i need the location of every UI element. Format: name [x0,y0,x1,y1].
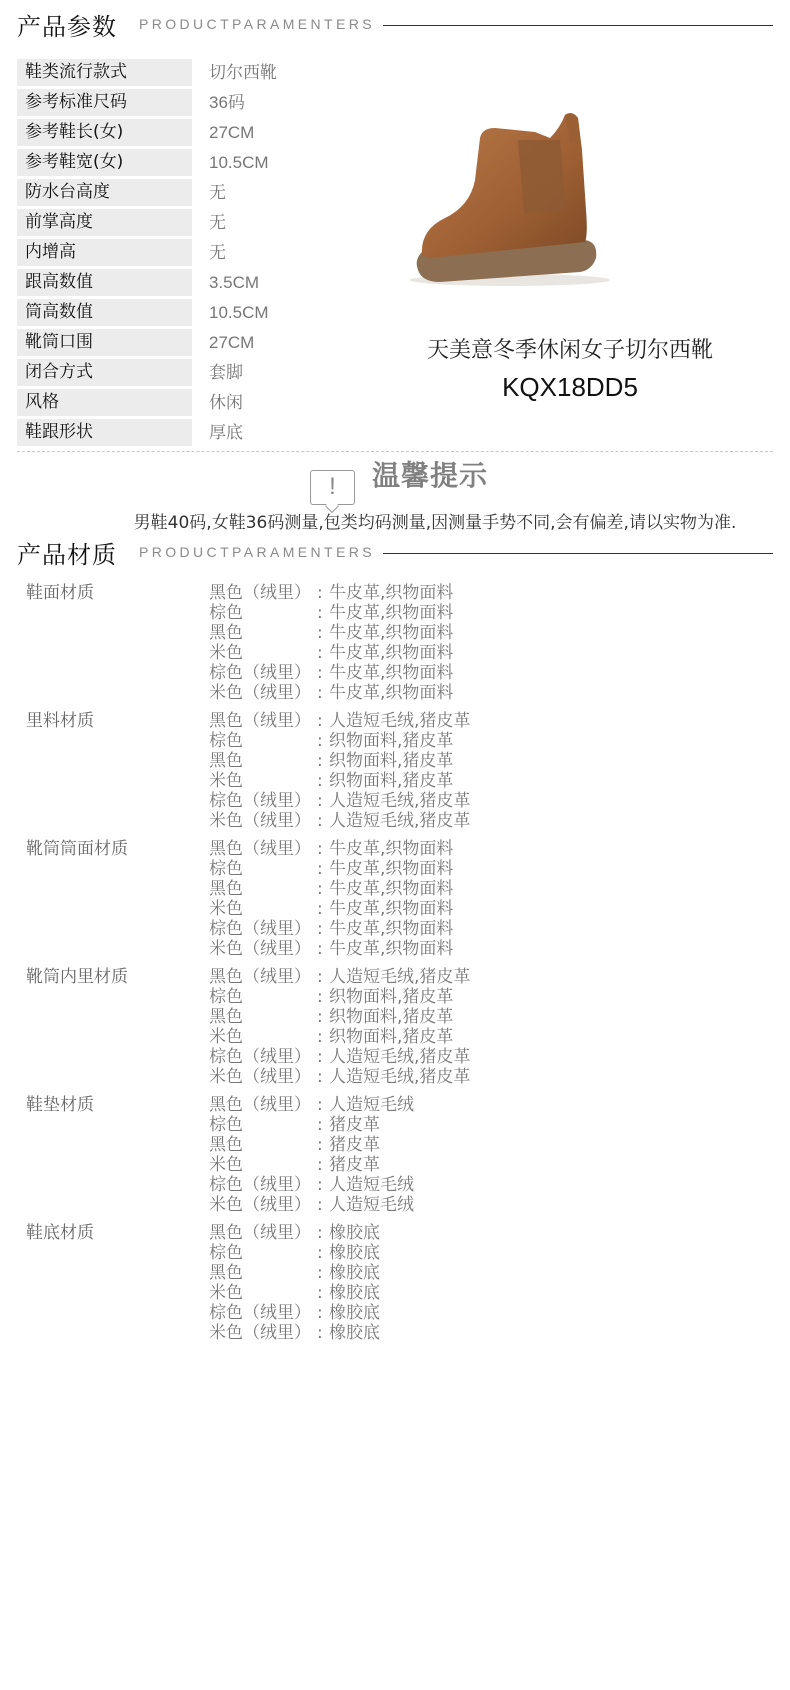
separator: : [317,987,329,1007]
material-color: 米色（绒里） [209,1195,317,1215]
material-color: 棕色（绒里） [209,791,317,811]
param-label: 跟高数值 [17,269,192,296]
section-title: 产品参数 [17,7,117,42]
separator: : [317,731,329,751]
material-line: 棕色:牛皮革,织物面料 [209,603,453,623]
separator: : [317,879,329,899]
param-row: 跟高数值3.5CM [17,269,387,299]
material-value: 人造短毛绒 [329,1175,414,1195]
material-line: 米色（绒里）:牛皮革,织物面料 [209,683,453,703]
param-label: 前掌高度 [17,209,192,236]
separator: : [317,899,329,919]
param-row: 筒高数值10.5CM [17,299,387,329]
material-group: 靴筒筒面材质黑色（绒里）:牛皮革,织物面料棕色:牛皮革,织物面料黑色:牛皮革,织… [26,839,726,959]
param-label: 参考标准尺码 [17,89,192,116]
separator: : [317,1243,329,1263]
material-value: 织物面料,猪皮革 [329,771,453,791]
material-line: 米色:牛皮革,织物面料 [209,899,453,919]
material-line: 棕色（绒里）:人造短毛绒,猪皮革 [209,1047,470,1067]
param-label: 鞋跟形状 [17,419,192,446]
separator: : [317,839,329,859]
separator: : [317,1303,329,1323]
material-line: 黑色:牛皮革,织物面料 [209,623,453,643]
param-value: 10.5CM [192,299,269,329]
material-color: 棕色 [209,1115,317,1135]
material-color: 棕色（绒里） [209,663,317,683]
material-line: 黑色（绒里）:橡胶底 [209,1223,380,1243]
separator: : [317,939,329,959]
material-line: 米色:织物面料,猪皮革 [209,1027,470,1047]
material-line: 米色（绒里）:人造短毛绒,猪皮革 [209,811,470,831]
material-line: 米色（绒里）:人造短毛绒 [209,1195,414,1215]
section-header-materials: 产品材质 PRODUCTPARAMENTERS [17,534,773,570]
param-value: 27CM [192,119,254,149]
material-label: 靴筒内里材质 [26,967,209,1087]
material-value: 织物面料,猪皮革 [329,731,453,751]
material-group: 里料材质黑色（绒里）:人造短毛绒,猪皮革棕色:织物面料,猪皮革黑色:织物面料,猪… [26,711,726,831]
material-color: 米色 [209,899,317,919]
material-color: 棕色（绒里） [209,1175,317,1195]
material-color: 米色（绒里） [209,1067,317,1087]
separator: : [317,1155,329,1175]
material-color: 黑色（绒里） [209,967,317,987]
param-row: 内增高无 [17,239,387,269]
material-value: 牛皮革,织物面料 [329,899,453,919]
material-line: 黑色（绒里）:人造短毛绒,猪皮革 [209,711,470,731]
separator: : [317,1323,329,1343]
material-line: 黑色（绒里）:牛皮革,织物面料 [209,839,453,859]
material-color: 黑色（绒里） [209,711,317,731]
separator: : [317,1175,329,1195]
material-value: 橡胶底 [329,1243,380,1263]
material-value: 牛皮革,织物面料 [329,603,453,623]
product-code: KQX18DD5 [390,372,750,403]
material-line: 米色（绒里）:牛皮革,织物面料 [209,939,453,959]
separator: : [317,1135,329,1155]
param-value: 厚底 [192,419,243,449]
param-value: 3.5CM [192,269,259,299]
param-label: 靴筒口围 [17,329,192,356]
material-group: 靴筒内里材质黑色（绒里）:人造短毛绒,猪皮革棕色:织物面料,猪皮革黑色:织物面料… [26,967,726,1087]
separator: : [317,967,329,987]
material-color: 棕色 [209,987,317,1007]
param-label: 筒高数值 [17,299,192,326]
material-line: 棕色（绒里）:人造短毛绒 [209,1175,414,1195]
separator: : [317,1195,329,1215]
material-value: 人造短毛绒,猪皮革 [329,967,470,987]
separator: : [317,1263,329,1283]
material-color: 米色 [209,1283,317,1303]
param-value: 36码 [192,89,245,119]
material-line: 黑色（绒里）:人造短毛绒,猪皮革 [209,967,470,987]
material-color: 棕色（绒里） [209,1047,317,1067]
material-value: 牛皮革,织物面料 [329,859,453,879]
material-value: 橡胶底 [329,1263,380,1283]
params-table: 鞋类流行款式切尔西靴 参考标准尺码36码 参考鞋长(女)27CM 参考鞋宽(女)… [17,59,387,449]
material-line: 棕色（绒里）:人造短毛绒,猪皮革 [209,791,470,811]
material-color: 米色（绒里） [209,811,317,831]
param-value: 无 [192,239,226,269]
materials-list: 鞋面材质黑色（绒里）:牛皮革,织物面料棕色:牛皮革,织物面料黑色:牛皮革,织物面… [26,583,726,1351]
material-value: 牛皮革,织物面料 [329,683,453,703]
material-line: 黑色:织物面料,猪皮革 [209,1007,470,1027]
material-line: 米色（绒里）:橡胶底 [209,1323,380,1343]
param-value: 10.5CM [192,149,269,179]
param-label: 鞋类流行款式 [17,59,192,86]
separator: : [317,643,329,663]
material-color: 米色 [209,1027,317,1047]
material-lines: 黑色（绒里）:牛皮革,织物面料棕色:牛皮革,织物面料黑色:牛皮革,织物面料米色:… [209,839,453,959]
divider-line [383,25,773,26]
material-value: 牛皮革,织物面料 [329,879,453,899]
boot-icon [400,110,620,295]
param-row: 前掌高度无 [17,209,387,239]
material-color: 黑色 [209,1135,317,1155]
param-row: 风格休闲 [17,389,387,419]
material-color: 黑色 [209,1263,317,1283]
separator: : [317,623,329,643]
material-value: 猪皮革 [329,1115,380,1135]
material-line: 米色:织物面料,猪皮革 [209,771,470,791]
material-line: 黑色:牛皮革,织物面料 [209,879,453,899]
material-color: 黑色 [209,623,317,643]
material-value: 人造短毛绒 [329,1195,414,1215]
param-row: 参考鞋长(女)27CM [17,119,387,149]
material-label: 鞋垫材质 [26,1095,209,1215]
material-color: 棕色 [209,731,317,751]
separator: : [317,1067,329,1087]
material-value: 织物面料,猪皮革 [329,1007,453,1027]
param-row: 鞋跟形状厚底 [17,419,387,449]
separator: : [317,583,329,603]
material-lines: 黑色（绒里）:人造短毛绒棕色:猪皮革黑色:猪皮革米色:猪皮革棕色（绒里）:人造短… [209,1095,414,1215]
material-group: 鞋面材质黑色（绒里）:牛皮革,织物面料棕色:牛皮革,织物面料黑色:牛皮革,织物面… [26,583,726,703]
section-subtitle: PRODUCTPARAMENTERS [139,544,375,560]
material-value: 橡胶底 [329,1283,380,1303]
material-line: 米色:猪皮革 [209,1155,414,1175]
material-color: 米色 [209,643,317,663]
material-line: 黑色:橡胶底 [209,1263,380,1283]
material-value: 织物面料,猪皮革 [329,987,453,1007]
material-value: 牛皮革,织物面料 [329,583,453,603]
material-value: 猪皮革 [329,1155,380,1175]
material-color: 棕色 [209,603,317,623]
material-value: 织物面料,猪皮革 [329,751,453,771]
param-value: 休闲 [192,389,243,419]
param-value: 无 [192,209,226,239]
material-color: 米色（绒里） [209,939,317,959]
param-label: 参考鞋宽(女) [17,149,192,176]
material-value: 人造短毛绒,猪皮革 [329,1067,470,1087]
material-color: 棕色（绒里） [209,919,317,939]
param-label: 防水台高度 [17,179,192,206]
material-color: 黑色（绒里） [209,583,317,603]
material-line: 棕色:织物面料,猪皮革 [209,731,470,751]
param-value: 无 [192,179,226,209]
separator: : [317,663,329,683]
material-line: 棕色:织物面料,猪皮革 [209,987,470,1007]
dashed-divider [17,451,773,452]
material-line: 棕色:猪皮革 [209,1115,414,1135]
param-row: 防水台高度无 [17,179,387,209]
material-value: 牛皮革,织物面料 [329,919,453,939]
separator: : [317,1095,329,1115]
param-row: 闭合方式套脚 [17,359,387,389]
separator: : [317,859,329,879]
separator: : [317,811,329,831]
material-color: 黑色（绒里） [209,839,317,859]
material-value: 猪皮革 [329,1135,380,1155]
param-label: 风格 [17,389,192,416]
material-line: 黑色（绒里）:人造短毛绒 [209,1095,414,1115]
material-color: 米色（绒里） [209,683,317,703]
param-value: 27CM [192,329,254,359]
material-value: 牛皮革,织物面料 [329,839,453,859]
material-value: 织物面料,猪皮革 [329,1027,453,1047]
material-color: 米色（绒里） [209,1323,317,1343]
material-label: 靴筒筒面材质 [26,839,209,959]
separator: : [317,711,329,731]
material-label: 鞋面材质 [26,583,209,703]
material-color: 米色 [209,1155,317,1175]
tip-title: 温馨提示 [372,454,488,494]
material-color: 棕色 [209,859,317,879]
material-group: 鞋垫材质黑色（绒里）:人造短毛绒棕色:猪皮革黑色:猪皮革米色:猪皮革棕色（绒里）… [26,1095,726,1215]
param-value: 切尔西靴 [192,59,277,89]
param-label: 参考鞋长(女) [17,119,192,146]
material-line: 棕色（绒里）:牛皮革,织物面料 [209,919,453,939]
param-row: 参考标准尺码36码 [17,89,387,119]
material-value: 牛皮革,织物面料 [329,663,453,683]
material-color: 棕色（绒里） [209,1303,317,1323]
material-color: 黑色 [209,879,317,899]
material-lines: 黑色（绒里）:橡胶底棕色:橡胶底黑色:橡胶底米色:橡胶底棕色（绒里）:橡胶底米色… [209,1223,380,1343]
material-color: 棕色 [209,1243,317,1263]
material-line: 米色（绒里）:人造短毛绒,猪皮革 [209,1067,470,1087]
material-color: 米色 [209,771,317,791]
section-header-params: 产品参数 PRODUCTPARAMENTERS [17,6,773,42]
material-line: 米色:牛皮革,织物面料 [209,643,453,663]
material-line: 棕色:橡胶底 [209,1243,380,1263]
material-line: 黑色（绒里）:牛皮革,织物面料 [209,583,453,603]
material-value: 人造短毛绒,猪皮革 [329,791,470,811]
material-line: 棕色:牛皮革,织物面料 [209,859,453,879]
section-subtitle: PRODUCTPARAMENTERS [139,16,375,32]
material-value: 人造短毛绒 [329,1095,414,1115]
separator: : [317,1115,329,1135]
param-row: 靴筒口围27CM [17,329,387,359]
product-card: 天美意冬季休闲女子切尔西靴 KQX18DD5 [390,110,750,403]
material-group: 鞋底材质黑色（绒里）:橡胶底棕色:橡胶底黑色:橡胶底米色:橡胶底棕色（绒里）:橡… [26,1223,726,1343]
material-label: 里料材质 [26,711,209,831]
param-label: 闭合方式 [17,359,192,386]
material-color: 黑色（绒里） [209,1095,317,1115]
material-value: 橡胶底 [329,1303,380,1323]
exclamation-bubble-icon: ! [310,470,355,505]
separator: : [317,603,329,623]
material-value: 人造短毛绒,猪皮革 [329,711,470,731]
material-line: 黑色:猪皮革 [209,1135,414,1155]
product-image-boot [400,110,620,295]
material-lines: 黑色（绒里）:人造短毛绒,猪皮革棕色:织物面料,猪皮革黑色:织物面料,猪皮革米色… [209,967,470,1087]
material-value: 橡胶底 [329,1323,380,1343]
separator: : [317,1047,329,1067]
separator: : [317,771,329,791]
material-line: 棕色（绒里）:牛皮革,织物面料 [209,663,453,683]
material-line: 棕色（绒里）:橡胶底 [209,1303,380,1323]
separator: : [317,919,329,939]
param-row: 参考鞋宽(女)10.5CM [17,149,387,179]
material-lines: 黑色（绒里）:人造短毛绒,猪皮革棕色:织物面料,猪皮革黑色:织物面料,猪皮革米色… [209,711,470,831]
param-row: 鞋类流行款式切尔西靴 [17,59,387,89]
material-line: 黑色:织物面料,猪皮革 [209,751,470,771]
material-value: 橡胶底 [329,1223,380,1243]
divider-line [383,553,773,554]
material-lines: 黑色（绒里）:牛皮革,织物面料棕色:牛皮革,织物面料黑色:牛皮革,织物面料米色:… [209,583,453,703]
material-color: 黑色 [209,1007,317,1027]
material-label: 鞋底材质 [26,1223,209,1343]
separator: : [317,1223,329,1243]
param-value: 套脚 [192,359,243,389]
section-title: 产品材质 [17,535,117,570]
material-color: 黑色（绒里） [209,1223,317,1243]
material-value: 人造短毛绒,猪皮革 [329,811,470,831]
material-color: 黑色 [209,751,317,771]
tip-text: 男鞋40码,女鞋36码测量,包类均码测量,因测量手势不同,会有偏差,请以实物为准… [0,508,790,533]
param-label: 内增高 [17,239,192,266]
material-value: 牛皮革,织物面料 [329,939,453,959]
separator: : [317,791,329,811]
separator: : [317,1007,329,1027]
material-value: 牛皮革,织物面料 [329,623,453,643]
separator: : [317,1027,329,1047]
product-name: 天美意冬季休闲女子切尔西靴 [390,333,750,364]
material-value: 人造短毛绒,猪皮革 [329,1047,470,1067]
separator: : [317,751,329,771]
separator: : [317,1283,329,1303]
material-value: 牛皮革,织物面料 [329,643,453,663]
material-line: 米色:橡胶底 [209,1283,380,1303]
separator: : [317,683,329,703]
